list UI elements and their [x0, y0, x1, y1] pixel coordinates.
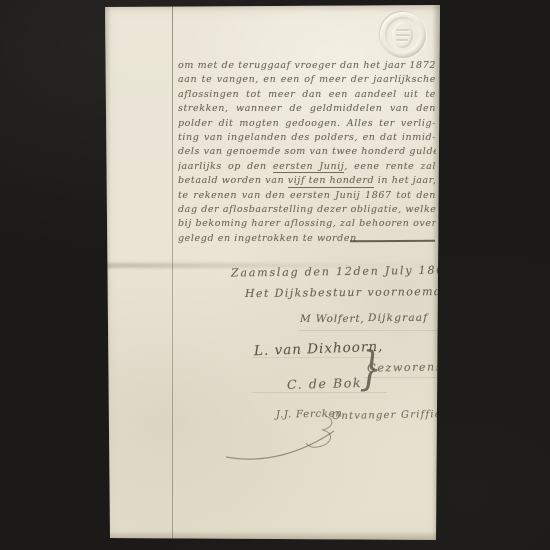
photo-backdrop: om met de teruggaaf vroeger dan het jaar… — [0, 0, 550, 550]
handwritten-line: om met de teruggaaf vroeger dan het jaar… — [178, 59, 436, 73]
handwritten-line: aflossingen tot meer dan een aandeel uit… — [178, 88, 436, 102]
group-label-gezworens: Gezworens — [367, 360, 443, 374]
handwritten-line: dag der aflosbaarstelling dezer obligati… — [178, 203, 436, 217]
handwritten-line: dels van genoemde som van twee honderd g… — [178, 145, 436, 159]
seal-detail — [396, 29, 409, 31]
ruled-guide-line — [299, 330, 439, 331]
board-line: Het Dijksbestuur voornoemd. — [245, 285, 447, 300]
handwritten-line: jaarlijks op den eersten Junij, eene ren… — [178, 160, 436, 174]
handwritten-line: strekken, wanneer de geldmiddelen van de… — [178, 102, 436, 116]
place-date-line: Zaamslag den 12den July 1867 — [231, 263, 454, 279]
handwritten-line: ting van ingelanden des polders, en dat … — [178, 131, 436, 145]
ruled-guide-line — [252, 392, 387, 393]
handwritten-line: bij bekoming harer aflossing, zal behoor… — [178, 217, 436, 231]
embossed-seal-icon — [380, 12, 426, 58]
margin-rule — [172, 5, 173, 540]
signature-gezworene-2: C. de Bok — [287, 375, 362, 392]
title-dijkgraaf: Dijkgraaf — [368, 312, 428, 324]
seal-detail — [396, 39, 408, 41]
seal-detail — [396, 34, 410, 36]
handwritten-line: polder dit mogten gedoogen. Alles ter ve… — [178, 117, 436, 131]
signature-dijkgraaf: M Wolfert, — [300, 313, 365, 325]
handwritten-line: betaald worden van vijf ten honderd in h… — [178, 174, 436, 188]
document-page: om met de teruggaaf vroeger dan het jaar… — [104, 5, 440, 540]
signature-flourish — [222, 411, 357, 469]
handwritten-line: te rekenen van den eersten Junij 1867 to… — [178, 189, 436, 203]
handwritten-line: aan te vangen, en een of meer der jaarli… — [178, 73, 436, 87]
body-text: om met de teruggaaf vroeger dan het jaar… — [178, 59, 436, 246]
ruled-guide-line — [364, 377, 438, 378]
